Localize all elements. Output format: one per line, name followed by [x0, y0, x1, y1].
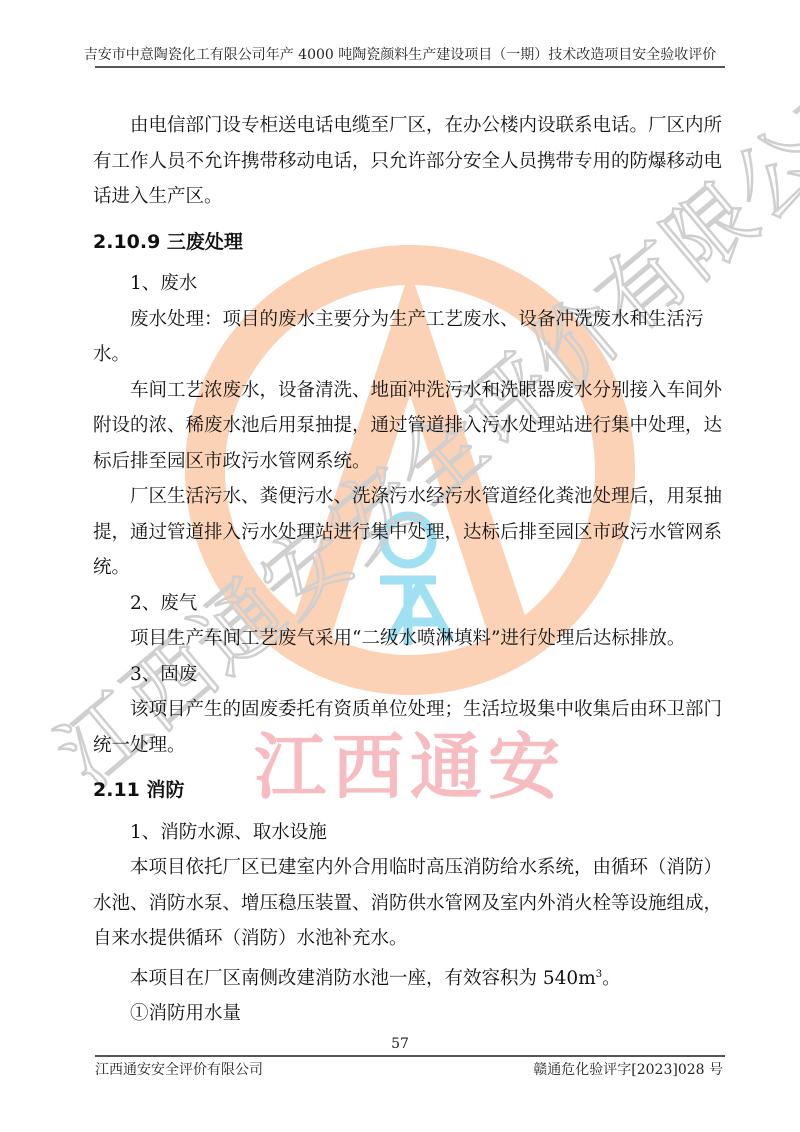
item-title-waste-gas: 2、废气: [93, 586, 723, 622]
header-divider: [95, 66, 725, 68]
section-heading-waste-treatment: 2.10.9 三废处理: [93, 225, 723, 261]
section-heading-fire-protection: 2.11 消防: [93, 773, 723, 809]
fire-pool-text: 本项目在厂区南侧改建消防水池一座，有效容积为 540m: [130, 968, 596, 989]
paragraph-wastewater-overview: 废水处理：项目的废水主要分为生产工艺废水、设备冲洗废水和生活污水。: [93, 302, 723, 373]
footer-document-number: 赣通危化验评字[2023]028 号: [533, 1059, 723, 1079]
paragraph-domestic-sewage: 厂区生活污水、粪便污水、洗涤污水经污水管道经化粪池处理后，用泵抽提，通过管道排入…: [93, 479, 723, 586]
paragraph-solid-waste: 该项目产生的固废委托有资质单位处理；生活垃圾集中收集后由环卫部门统一处理。: [93, 692, 723, 763]
paragraph-telecom: 由电信部门设专柜送电话电缆至厂区，在办公楼内设联系电话。厂区内所有工作人员不允许…: [93, 108, 723, 215]
sub-item-title-fire-water-amount: ①消防用水量: [93, 996, 723, 1032]
document-body: 由电信部门设专柜送电话电缆至厂区，在办公楼内设联系电话。厂区内所有工作人员不允许…: [93, 108, 723, 1032]
footer-divider: [95, 1055, 725, 1057]
item-title-fire-water-source: 1、消防水源、取水设施: [93, 815, 723, 851]
page-header-title: 吉安市中意陶瓷化工有限公司年产 4000 吨陶瓷颜料生产建设项目（一期）技术改造…: [0, 44, 800, 64]
paragraph-fire-pool: 本项目在厂区南侧改建消防水池一座，有效容积为 540m3。: [93, 957, 723, 997]
paragraph-process-wastewater: 车间工艺浓废水，设备清洗、地面冲洗污水和洗眼器废水分别接入车间外附设的浓、稀废水…: [93, 373, 723, 480]
item-title-wastewater: 1、废水: [93, 266, 723, 302]
page-number: 57: [0, 1036, 800, 1052]
fire-pool-suffix: 。: [602, 968, 621, 989]
paragraph-waste-gas: 项目生产车间工艺废气采用“二级水喷淋填料”进行处理后达标排放。: [93, 621, 723, 657]
paragraph-fire-water-system: 本项目依托厂区已建室内外合用临时高压消防给水系统，由循环（消防）水池、消防水泵、…: [93, 850, 723, 957]
item-title-solid-waste: 3、固废: [93, 657, 723, 693]
footer-company-name: 江西通安安全评价有限公司: [95, 1059, 263, 1079]
